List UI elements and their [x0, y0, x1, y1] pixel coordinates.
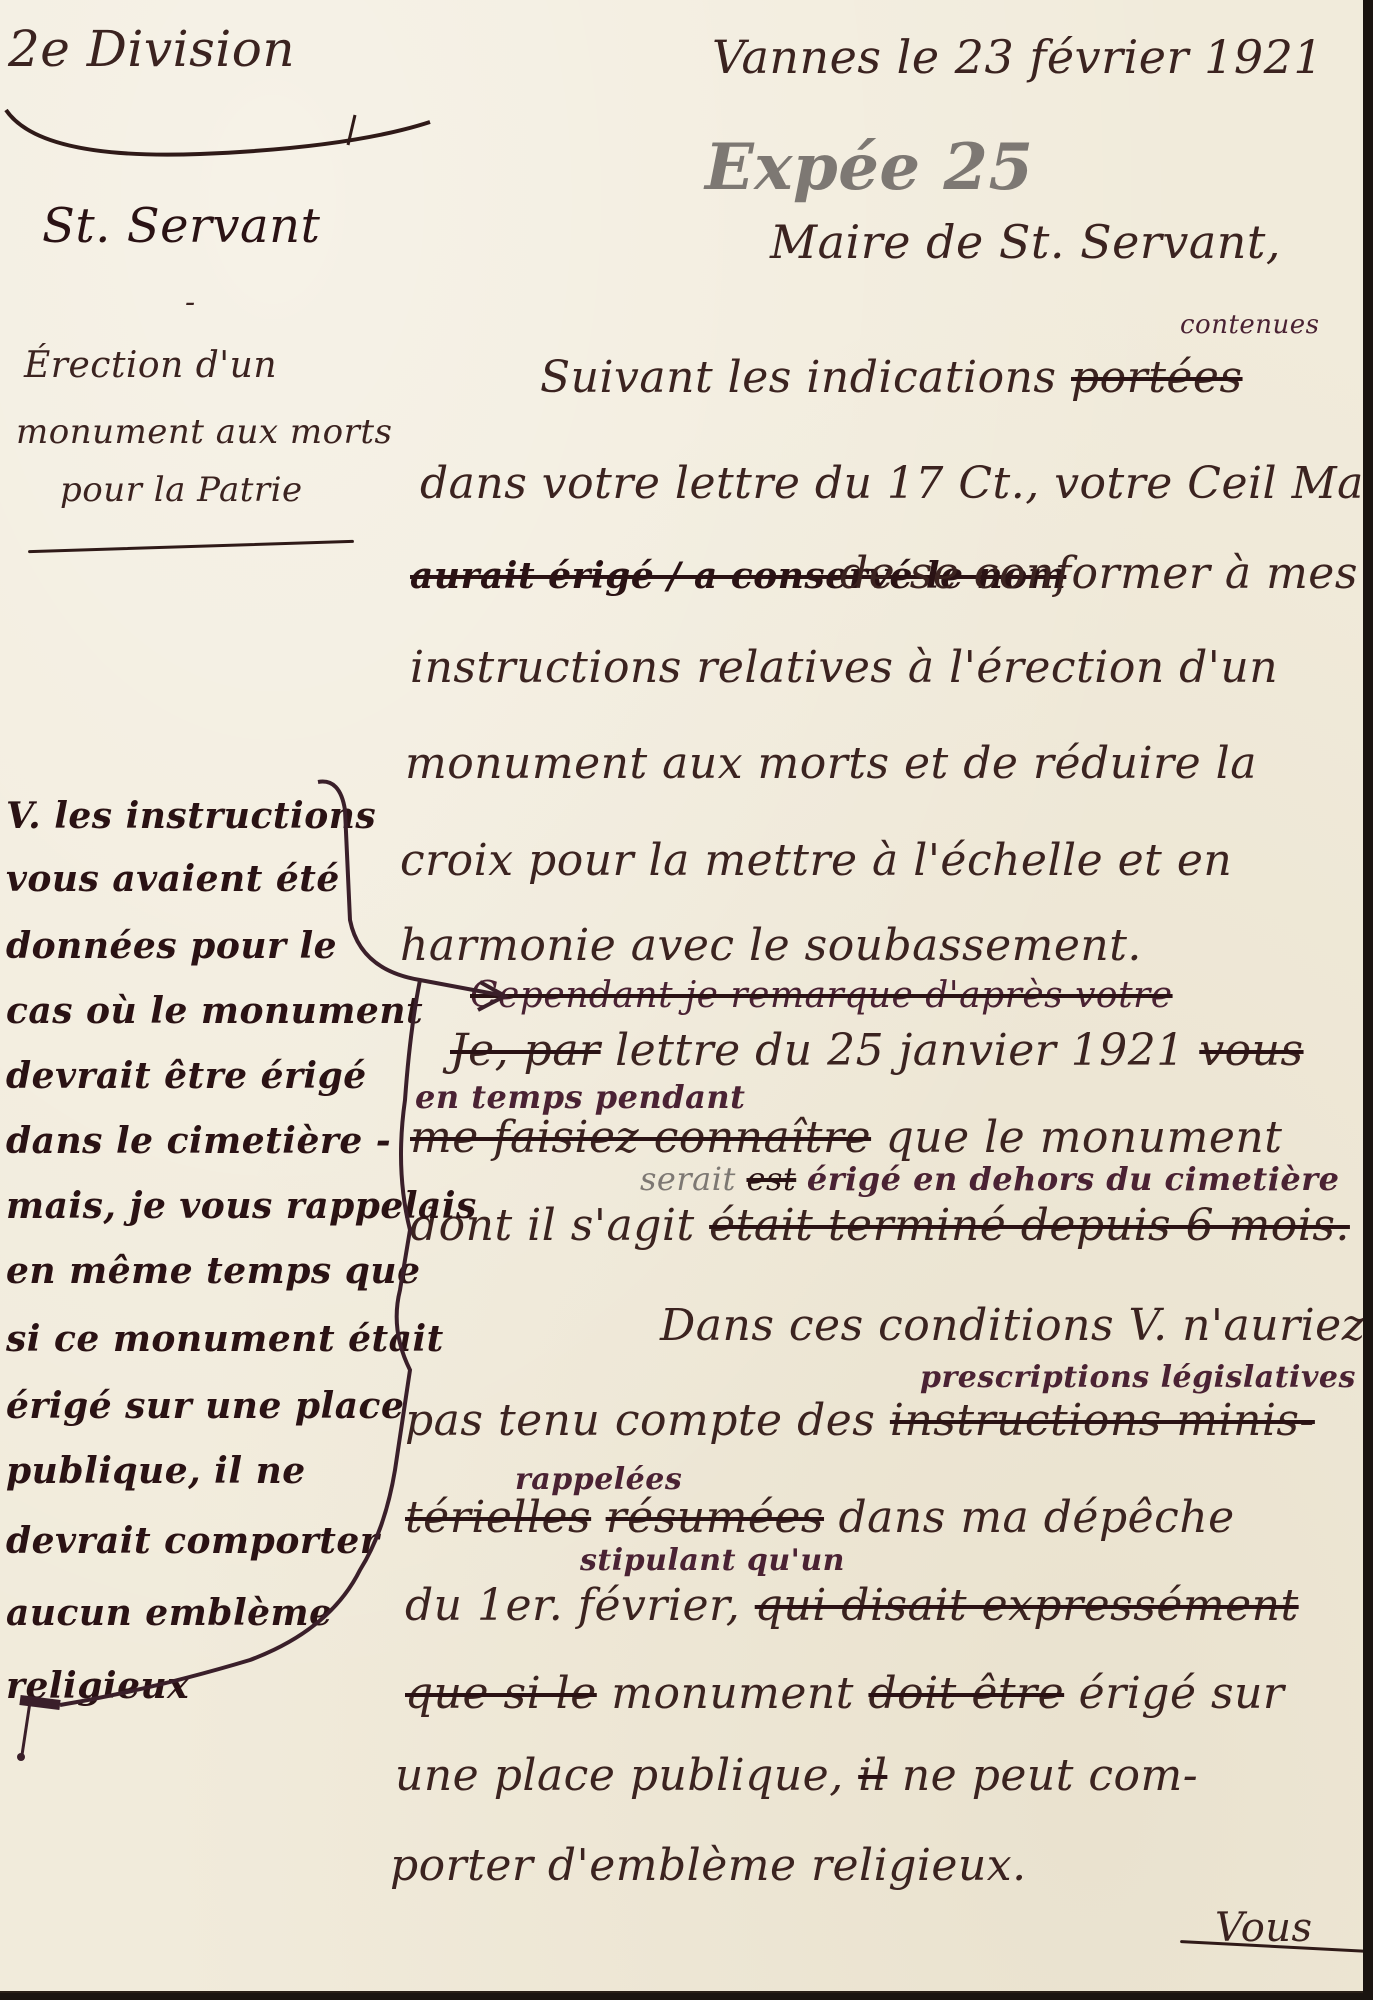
struck-text: était terminé depuis 6 mois. [709, 1200, 1350, 1251]
division-heading: 2e Division [8, 20, 295, 78]
pencil-insertion: serait [640, 1160, 736, 1198]
insertion-stipulant: stipulant qu'un [580, 1543, 845, 1578]
dash-mark: - [185, 285, 196, 320]
body-line-11-insert: serait est érigé en dehors du cimetière [640, 1160, 1339, 1198]
body-line-3-tail: de se conformer à mes [840, 548, 1358, 599]
subject-line-1: Érection d'un [24, 345, 277, 386]
body-text: lettre du 25 janvier 1921 [615, 1025, 1185, 1076]
place-date: Vannes le 23 février 1921 [712, 30, 1323, 84]
letter-page: 2e Division St. Servant - Érection d'un … [0, 0, 1363, 1993]
body-text: que le monument [886, 1112, 1283, 1163]
body-text: dans ma dépêche [839, 1492, 1235, 1543]
subject-underline [28, 540, 354, 553]
pencil-annotation: Expée 25 [705, 130, 1033, 205]
struck-text: vous [1199, 1025, 1303, 1076]
division-underline [0, 90, 450, 170]
body-line-4: instructions relatives à l'érection d'un [410, 642, 1278, 693]
body-line-2: dans votre lettre du 17 Ct., votre Ceil … [420, 458, 1363, 509]
body-text: Suivant les indications [540, 352, 1057, 403]
struck-text: il [858, 1750, 887, 1801]
struck-text: qui disait expressément [755, 1580, 1299, 1631]
subject-line-3: pour la Patrie [60, 470, 303, 510]
body-line-9: Je, par lettre du 25 janvier 1921 vous [450, 1025, 1304, 1076]
insertion-contenues: contenues [1180, 310, 1320, 340]
body-text: monument [611, 1668, 854, 1719]
struck-text: doit être [868, 1668, 1064, 1719]
struck-text: est [747, 1160, 797, 1198]
insertion-text: érigé en dehors du cimetière [807, 1160, 1340, 1198]
bottom-border [0, 1991, 1363, 1993]
body-text: ne peut com- [902, 1750, 1198, 1801]
commune-heading: St. Servant [42, 198, 320, 254]
salutation: Maire de St. Servant, [770, 215, 1281, 269]
body-text: érigé sur [1079, 1668, 1285, 1719]
margin-bracket-arrow [0, 770, 560, 1820]
subject-line-2: monument aux morts [16, 412, 392, 452]
body-line-1: Suivant les indications portées [540, 352, 1243, 403]
body-line-13: Dans ces conditions V. n'auriez [660, 1300, 1363, 1351]
struck-text: portées [1071, 352, 1243, 403]
body-line-8-struck: Cependant je remarque d'après votre [470, 975, 1173, 1016]
struck-text: instructions minis- [890, 1395, 1315, 1446]
insertion-prescriptions: prescriptions législatives [920, 1360, 1356, 1395]
body-line-19: porter d'emblème religieux. [390, 1840, 1027, 1891]
struck-text: résumées [606, 1492, 824, 1543]
